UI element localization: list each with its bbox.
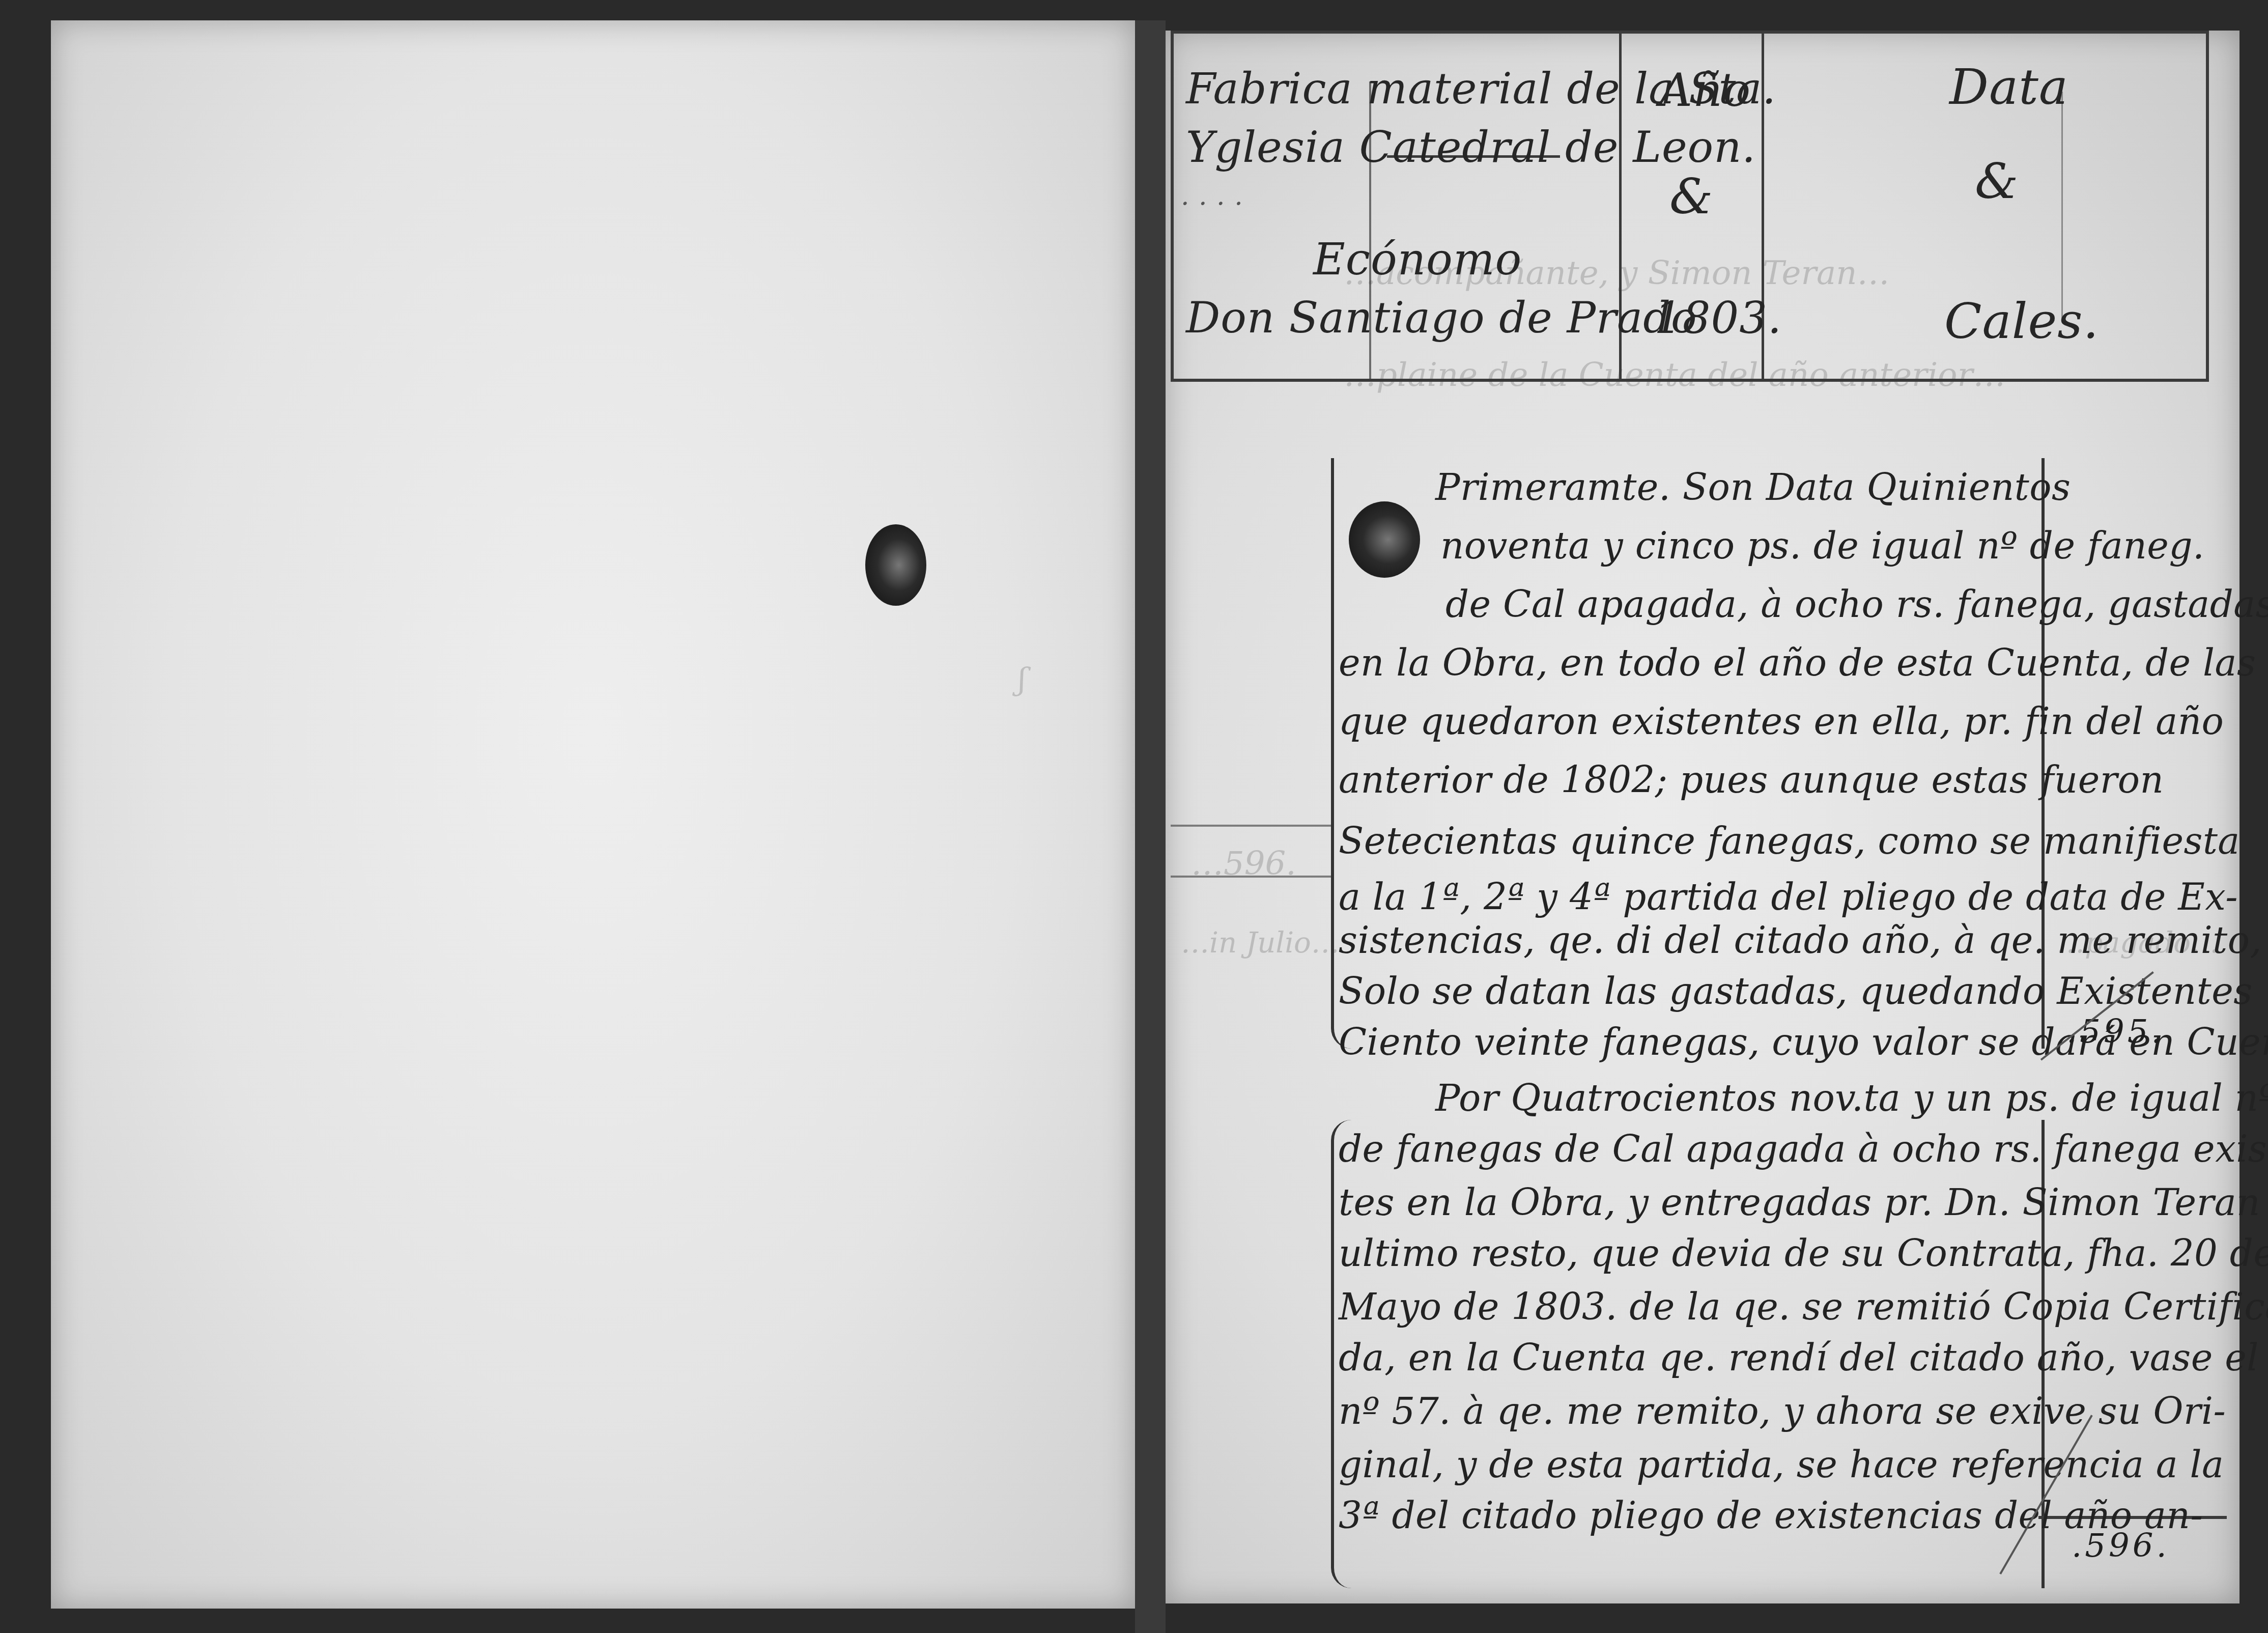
entry-2-line-3: tes en la Obra, y entregadas pr. Dn. Sim… (1339, 1181, 2260, 1224)
header-role: Ecónomo (1313, 234, 1522, 285)
header-section-title: Data (1949, 59, 2068, 116)
left-page-blank (51, 20, 1135, 1609)
entry-2-line-2: de fanegas de Cal apagada à ocho rs. fan… (1339, 1128, 2268, 1170)
entry-1-line-1: Primeramte. Son Data Quinientos (1435, 466, 2071, 509)
entry-1-line-4: en la Obra, en todo el año de esta Cuent… (1339, 641, 2256, 684)
entry-2-line-1: Por Quatrocientos nov.ta y un ps. de igu… (1435, 1077, 2268, 1119)
entry-1-line-2: noventa y cinco ps. de igual nº de faneg… (1440, 524, 2204, 567)
binding-gutter (1135, 20, 1166, 1633)
entry-2-line-5: Mayo de 1803. de la qe. se remitió Copia… (1339, 1285, 2268, 1328)
header-name: Don Santiago de Prado (1186, 293, 1697, 343)
entry-2-amount: .596. (2072, 1527, 2170, 1565)
header-year-label: Año (1659, 64, 1751, 117)
bleed-through-text: …in Julio… (1181, 926, 1340, 960)
header-section-ampersand: & (1975, 153, 2019, 210)
header-year: 1803. (1654, 293, 1782, 344)
entry-2-line-8: ginal, y de esta partida, se hace refere… (1339, 1443, 2224, 1486)
entry-1-amount: .595. (2066, 1013, 2165, 1051)
entry-1-line-8: a la 1ª, 2ª y 4ª partida del pliego de d… (1339, 876, 2238, 918)
ledger-rule (1171, 825, 1334, 827)
header-inner-vline (2061, 92, 2063, 321)
ledger-rule (1171, 876, 1334, 878)
bleed-through-mark: ʃ (1018, 662, 1026, 697)
entry-1-line-6: anterior de 1802; pues aunque estas fuer… (1339, 758, 2164, 801)
entry-1-line-7: Setecientas quince fanegas, como se mani… (1339, 820, 2240, 862)
binding-hole-left (865, 524, 926, 606)
entry-2-line-7: nº 57. à qe. me remito, y ahora se exive… (1339, 1390, 2226, 1432)
entry-2-line-6: da, en la Cuenta qe. rendí del citado añ… (1339, 1336, 2259, 1379)
entry-1-line-5: que quedaron existentes en ella, pr. fin… (1339, 700, 2224, 743)
entry-2-line-4: ultimo resto, que devia de su Contrata, … (1339, 1232, 2268, 1275)
entry-1-line-10: Solo se datan las gastadas, quedando Exi… (1339, 970, 2253, 1012)
entry-1-line-3: de Cal apagada, à ocho rs. fanega, gasta… (1445, 583, 2268, 626)
header-institution-line2: Yglesia Catedral de Leon. (1186, 122, 1756, 172)
entry-1-line-9: sistencias, qe. di del citado año, à qe.… (1339, 919, 2262, 962)
binding-hole-right (1349, 501, 1420, 578)
header-dots: . . . . (1181, 181, 1243, 211)
header-section-subtitle: Cales. (1944, 293, 2099, 350)
header-year-ampersand: & (1669, 168, 1713, 225)
